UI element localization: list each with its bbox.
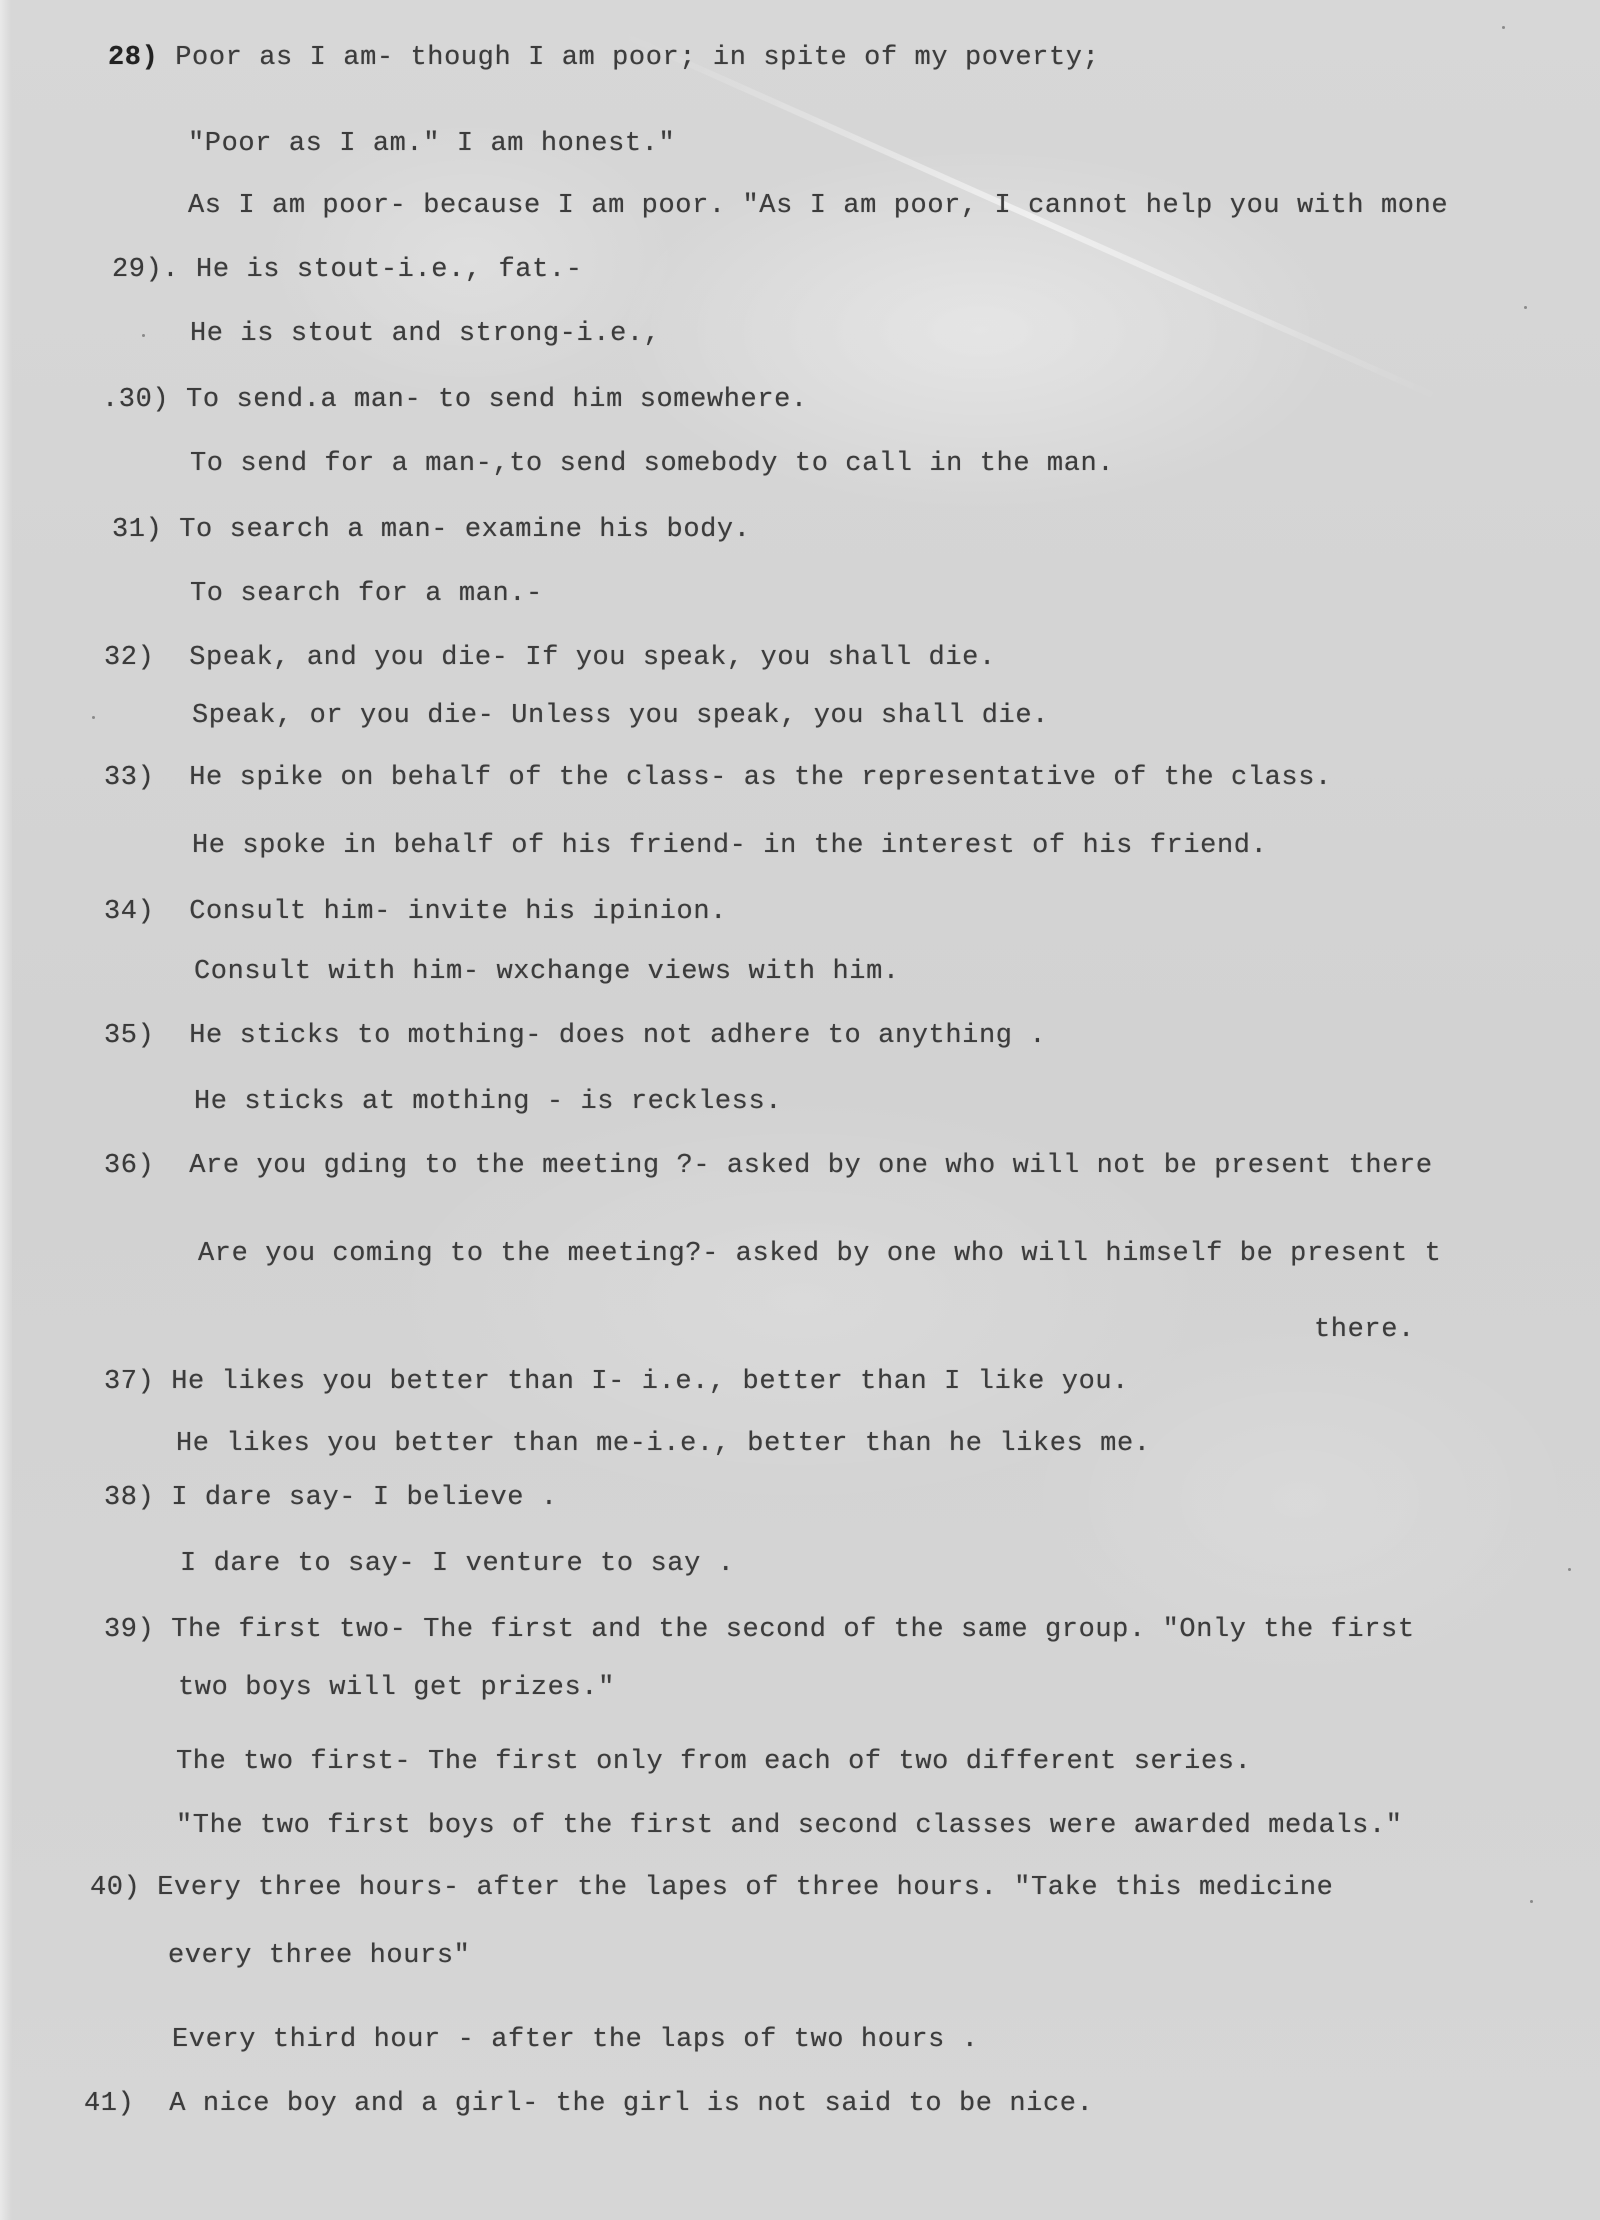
entry-number: 41) (84, 2088, 134, 2120)
entry-28-line-1: 28) Poor as I am- though I am poor; in s… (108, 42, 1099, 74)
ink-speck (1524, 306, 1527, 309)
entry-number: 36) (104, 1150, 154, 1182)
entry-number: 38) (104, 1482, 154, 1514)
entry-text: To send for a man-,to send somebody to c… (190, 449, 1114, 479)
entry-32-line-2: Speak, or you die- Unless you speak, you… (192, 700, 1049, 732)
entry-29-line-2: He is stout and strong-i.e., (190, 318, 660, 350)
entry-text: there. (1314, 1315, 1415, 1345)
entry-text: two boys will get prizes." (178, 1673, 615, 1703)
entry-number: 32) (104, 642, 154, 674)
entry-number: 35) (104, 1020, 154, 1052)
entry-text: A nice boy and a girl- the girl is not s… (169, 2089, 1093, 2119)
entry-text: Consult him- invite his ipinion. (189, 897, 727, 927)
page-edge (0, 0, 12, 2220)
entry-number: 40) (90, 1872, 140, 1904)
entry-text: every three hours" (168, 1941, 470, 1971)
entry-32-line-1: 32) Speak, and you die- If you speak, yo… (104, 642, 996, 674)
entry-text: He likes you better than I- i.e., better… (171, 1367, 1129, 1397)
entry-31-line-1: 31) To search a man- examine his body. (112, 514, 751, 546)
entry-text: "Poor as I am." I am honest." (188, 129, 675, 159)
ink-speck (142, 334, 145, 337)
entry-text: He is stout and strong-i.e., (190, 319, 660, 349)
entry-text: Poor as I am- though I am poor; in spite… (175, 43, 1099, 73)
entry-text: He sticks at mothing - is reckless. (194, 1087, 782, 1117)
ink-speck (1530, 1900, 1533, 1903)
entry-number: 28) (108, 42, 158, 74)
entry-text: Are you gding to the meeting ?- asked by… (189, 1151, 1432, 1181)
entry-38-line-2: I dare to say- I venture to say . (180, 1548, 735, 1580)
entry-36-line-1: 36) Are you gding to the meeting ?- aske… (104, 1150, 1433, 1182)
entry-36-line-3: there. (1314, 1314, 1415, 1346)
entry-text: Every three hours- after the lapes of th… (157, 1873, 1333, 1903)
entry-39-line-4: "The two first boys of the first and sec… (176, 1810, 1403, 1842)
entry-36-line-2: Are you coming to the meeting?- asked by… (198, 1238, 1441, 1270)
entry-text: The two first- The first only from each … (176, 1747, 1251, 1777)
entry-40-line-3: Every third hour - after the laps of two… (172, 2024, 979, 2056)
ink-speck (1568, 1568, 1571, 1571)
entry-33-line-1: 33) He spike on behalf of the class- as … (104, 762, 1332, 794)
entry-number: .30) (102, 384, 169, 416)
entry-40-line-1: 40) Every three hours- after the lapes o… (90, 1872, 1333, 1904)
entry-34-line-1: 34) Consult him- invite his ipinion. (104, 896, 727, 928)
entry-text: I dare to say- I venture to say . (180, 1549, 735, 1579)
ink-speck (1502, 26, 1505, 29)
entry-28-line-3: As I am poor- because I am poor. "As I a… (188, 190, 1448, 222)
entry-text: Speak, or you die- Unless you speak, you… (192, 701, 1049, 731)
entry-text: To search for a man.- (190, 579, 543, 609)
entry-text: He sticks to mothing- does not adhere to… (189, 1021, 1046, 1051)
entry-41-line-1: 41) A nice boy and a girl- the girl is n… (84, 2088, 1093, 2120)
entry-text: Consult with him- wxchange views with hi… (194, 957, 900, 987)
entry-text: Are you coming to the meeting?- asked by… (198, 1239, 1441, 1269)
entry-text: I dare say- I believe . (171, 1483, 557, 1513)
entry-37-line-1: 37) He likes you better than I- i.e., be… (104, 1366, 1129, 1398)
entry-39-line-2: two boys will get prizes." (178, 1672, 615, 1704)
entry-text: To search a man- examine his body. (179, 515, 750, 545)
entry-31-line-2: To search for a man.- (190, 578, 543, 610)
entry-30-line-1: .30) To send.a man- to send him somewher… (102, 384, 808, 416)
entry-text: He likes you better than me-i.e., better… (176, 1429, 1151, 1459)
entry-40-line-2: every three hours" (168, 1940, 470, 1972)
entry-text: He is stout-i.e., fat.- (196, 255, 582, 285)
entry-34-line-2: Consult with him- wxchange views with hi… (194, 956, 900, 988)
entry-number: 29). (112, 254, 179, 286)
entry-number: 33) (104, 762, 154, 794)
entry-35-line-1: 35) He sticks to mothing- does not adher… (104, 1020, 1046, 1052)
entry-text: As I am poor- because I am poor. "As I a… (188, 191, 1448, 221)
entry-text: Every third hour - after the laps of two… (172, 2025, 979, 2055)
entry-37-line-2: He likes you better than me-i.e., better… (176, 1428, 1151, 1460)
entry-30-line-2: To send for a man-,to send somebody to c… (190, 448, 1114, 480)
entry-text: Speak, and you die- If you speak, you sh… (189, 643, 996, 673)
entry-text: To send.a man- to send him somewhere. (186, 385, 808, 415)
entry-38-line-1: 38) I dare say- I believe . (104, 1482, 558, 1514)
entry-35-line-2: He sticks at mothing - is reckless. (194, 1086, 782, 1118)
entry-33-line-2: He spoke in behalf of his friend- in the… (192, 830, 1267, 862)
ink-speck (92, 716, 95, 719)
entry-text: "The two first boys of the first and sec… (176, 1811, 1403, 1841)
entry-text: He spoke in behalf of his friend- in the… (192, 831, 1267, 861)
entry-39-line-1: 39) The first two- The first and the sec… (104, 1614, 1415, 1646)
entry-39-line-3: The two first- The first only from each … (176, 1746, 1251, 1778)
scanned-page: 28) Poor as I am- though I am poor; in s… (0, 0, 1600, 2220)
entry-29-line-1: 29). He is stout-i.e., fat.- (112, 254, 583, 286)
entry-number: 37) (104, 1366, 154, 1398)
entry-text: The first two- The first and the second … (171, 1615, 1414, 1645)
entry-number: 31) (112, 514, 162, 546)
entry-number: 39) (104, 1614, 154, 1646)
entry-28-line-2: "Poor as I am." I am honest." (188, 128, 675, 160)
entry-number: 34) (104, 896, 154, 928)
entry-text: He spike on behalf of the class- as the … (189, 763, 1332, 793)
